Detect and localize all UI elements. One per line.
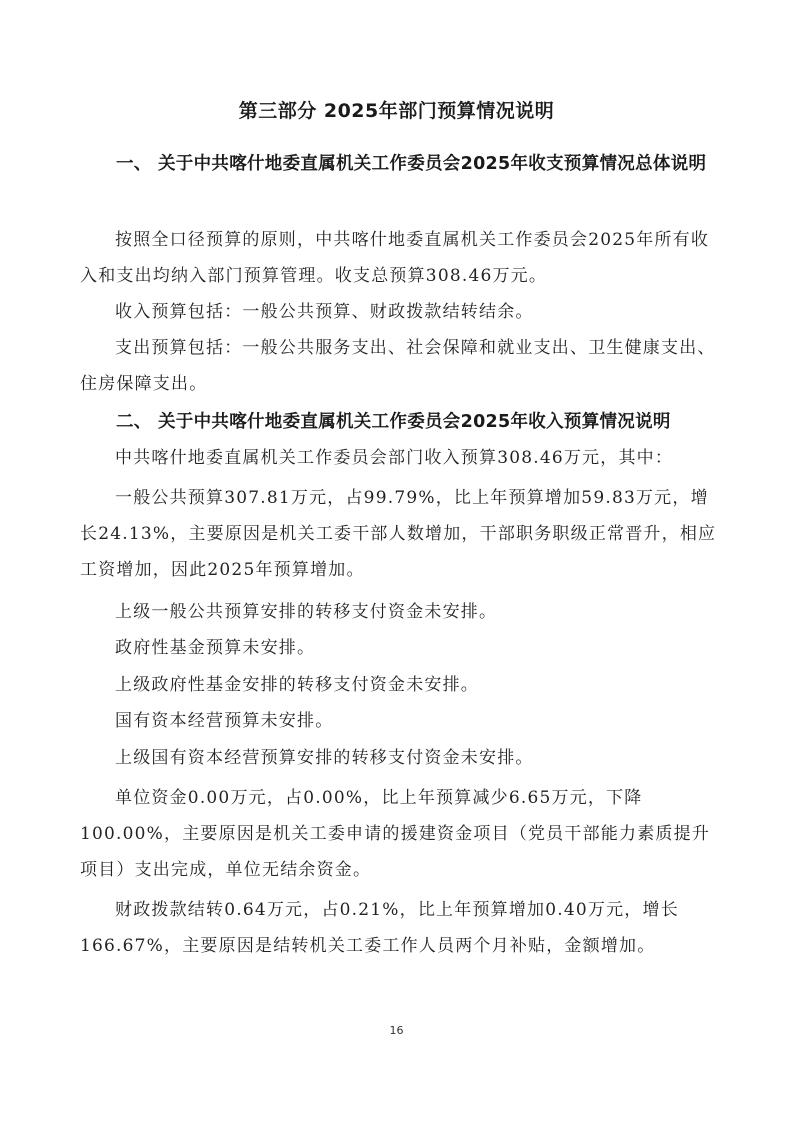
section-heading-1: 一、 关于中共喀什地委直属机关工作委员会2025年收支预算情况总体说明 (80, 146, 720, 182)
paragraph: 财政拨款结转0.64万元，占0.21%，比上年预算增加0.40万元，增长166.… (80, 892, 720, 964)
document-page: 第三部分 2025年部门预算情况说明 一、 关于中共喀什地委直属机关工作委员会2… (0, 0, 793, 1122)
paragraph: 国有资本经营预算未安排。 (80, 703, 720, 739)
paragraph: 上级国有资本经营预算安排的转移支付资金未安排。 (80, 740, 720, 776)
paragraph: 单位资金0.00万元，占0.00%，比上年预算减少6.65万元，下降100.00… (80, 780, 720, 888)
paragraph: 按照全口径预算的原则，中共喀什地委直属机关工作委员会2025年所有收入和支出均纳… (80, 222, 720, 294)
paragraph: 收入预算包括：一般公共预算、财政拨款结转结余。 (80, 294, 720, 330)
paragraph: 上级一般公共预算安排的转移支付资金未安排。 (80, 594, 720, 630)
paragraph: 上级政府性基金安排的转移支付资金未安排。 (80, 667, 720, 703)
paragraph: 一般公共预算307.81万元，占99.79%，比上年预算增加59.83万元，增长… (80, 480, 720, 588)
page-title: 第三部分 2025年部门预算情况说明 (0, 96, 793, 123)
page-number: 16 (0, 1024, 793, 1037)
section-heading-2: 二、 关于中共喀什地委直属机关工作委员会2025年收入预算情况说明 (80, 404, 720, 440)
paragraph: 支出预算包括：一般公共服务支出、社会保障和就业支出、卫生健康支出、住房保障支出。 (80, 330, 720, 402)
paragraph: 政府性基金预算未安排。 (80, 630, 720, 666)
paragraph: 中共喀什地委直属机关工作委员会部门收入预算308.46万元，其中： (80, 440, 720, 476)
